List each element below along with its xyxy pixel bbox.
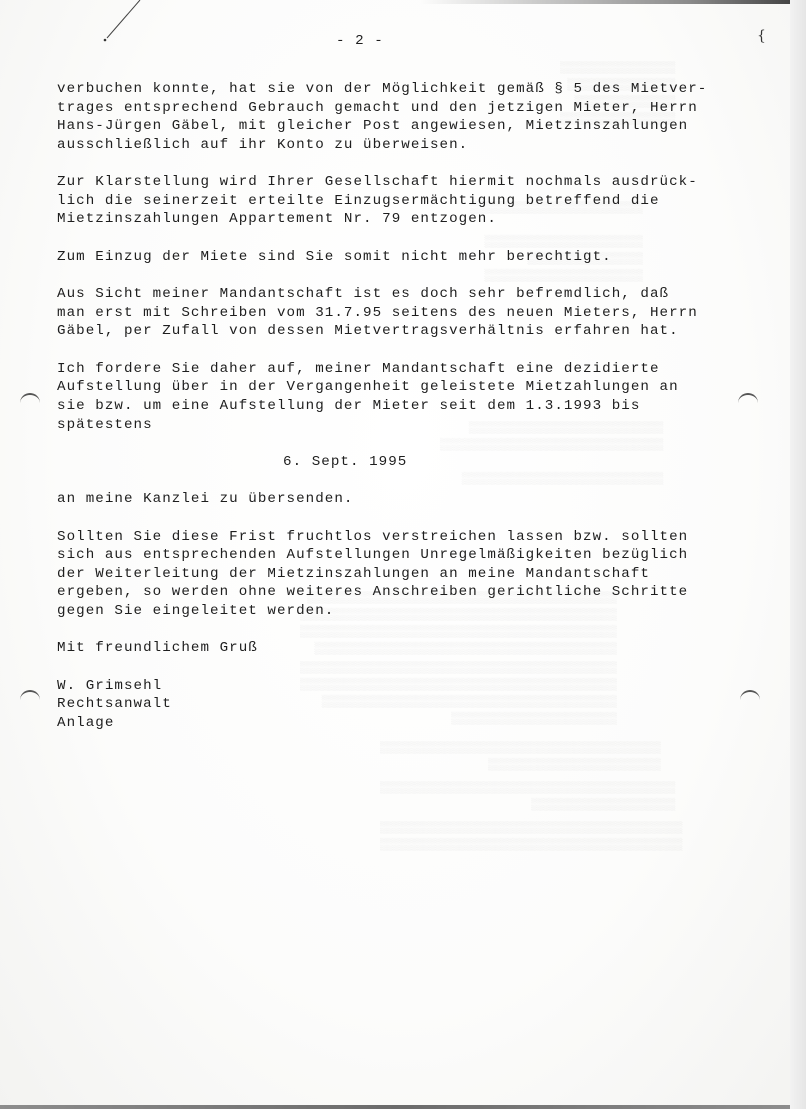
text-line: Aus Sicht meiner Mandantschaft ist es do… <box>57 285 777 304</box>
page-number: - 2 - <box>336 32 384 51</box>
show-through-texture: ▒▒▒▒▒▒▒▒▒▒▒▒▒▒▒▒▒▒▒▒▒▒▒▒▒▒▒▒▒▒▒▒▒▒▒▒▒▒▒▒… <box>380 820 682 854</box>
text-line: gegen Sie eingeleitet werden. <box>57 602 777 621</box>
signature-name: W. Grimsehl <box>57 677 777 696</box>
text-line: Gäbel, per Zufall von dessen Mietvertrag… <box>57 322 777 341</box>
scan-edge-top <box>420 0 806 4</box>
punch-hole-mark-icon <box>20 393 40 409</box>
signature-title: Rechtsanwalt <box>57 695 777 714</box>
scanned-page: { ▒▒▒▒▒▒▒▒▒▒▒▒▒▒▒▒ ▒▒▒▒▒▒▒▒▒▒▒▒▒▒▒ ▒▒▒▒▒… <box>0 0 806 1109</box>
closing-salutation: Mit freundlichem Gruß <box>57 639 777 658</box>
text-line: verbuchen konnte, hat sie von der Möglic… <box>57 80 777 99</box>
paragraph: Zum Einzug der Miete sind Sie somit nich… <box>57 248 777 267</box>
punch-hole-mark-icon <box>20 690 40 706</box>
letter-body: verbuchen konnte, hat sie von der Möglic… <box>57 80 777 733</box>
corner-pen-stroke-icon <box>95 0 145 45</box>
text-line: Hans-Jürgen Gäbel, mit gleicher Post ang… <box>57 117 777 136</box>
deadline-date: 6. Sept. 1995 <box>57 453 777 472</box>
paragraph: Sollten Sie diese Frist fruchtlos verstr… <box>57 528 777 621</box>
paragraphs-after-date: an meine Kanzlei zu übersenden.Sollten S… <box>57 490 777 620</box>
text-line: der Weiterleitung der Mietzinszahlungen … <box>57 565 777 584</box>
signature-block: W. Grimsehl Rechtsanwalt Anlage <box>57 677 777 733</box>
paragraph: an meine Kanzlei zu übersenden. <box>57 490 777 509</box>
paragraph: Zur Klarstellung wird Ihrer Gesellschaft… <box>57 173 777 229</box>
closing-paragraph: Mit freundlichem Gruß <box>57 639 777 658</box>
scan-edge-right <box>790 0 806 1109</box>
text-line: Sollten Sie diese Frist fruchtlos verstr… <box>57 528 777 547</box>
text-line: man erst mit Schreiben vom 31.7.95 seite… <box>57 304 777 323</box>
text-line: sich aus entsprechenden Aufstellungen Un… <box>57 546 777 565</box>
text-line: sie bzw. um eine Aufstellung der Mieter … <box>57 397 777 416</box>
paragraph: Ich fordere Sie daher auf, meiner Mandan… <box>57 360 777 434</box>
paragraph: Aus Sicht meiner Mandantschaft ist es do… <box>57 285 777 341</box>
text-line: Zum Einzug der Miete sind Sie somit nich… <box>57 248 777 267</box>
text-line: lich die seinerzeit erteilte Einzugsermä… <box>57 192 777 211</box>
text-line: trages entsprechend Gebrauch gemacht und… <box>57 99 777 118</box>
text-line: an meine Kanzlei zu übersenden. <box>57 490 777 509</box>
text-line: Ich fordere Sie daher auf, meiner Mandan… <box>57 360 777 379</box>
show-through-texture: ▒▒▒▒▒▒▒▒▒▒▒▒▒▒▒▒▒▒▒▒▒▒▒▒▒▒▒▒▒▒▒▒▒▒▒▒▒▒▒ … <box>380 740 661 774</box>
deadline-date-paragraph: 6. Sept. 1995 <box>57 453 777 472</box>
text-line: ergeben, so werden ohne weiteres Anschre… <box>57 583 777 602</box>
text-line: spätestens <box>57 416 777 435</box>
show-through-texture: ▒▒▒▒▒▒▒▒▒▒▒▒▒▒▒▒▒▒▒▒▒▒▒▒▒▒▒▒▒▒▒▒▒▒▒▒▒▒▒▒… <box>380 780 675 814</box>
enclosure-note: Anlage <box>57 714 777 733</box>
scan-edge-bottom <box>0 1105 790 1109</box>
paragraphs-before-date: verbuchen konnte, hat sie von der Möglic… <box>57 80 777 434</box>
text-line: Mietzinszahlungen Appartement Nr. 79 ent… <box>57 210 777 229</box>
margin-mark: { <box>757 28 766 44</box>
text-line: Aufstellung über in der Vergangenheit ge… <box>57 378 777 397</box>
paragraph: verbuchen konnte, hat sie von der Möglic… <box>57 80 777 154</box>
text-line: Zur Klarstellung wird Ihrer Gesellschaft… <box>57 173 777 192</box>
text-line: ausschließlich auf ihr Konto zu überweis… <box>57 136 777 155</box>
